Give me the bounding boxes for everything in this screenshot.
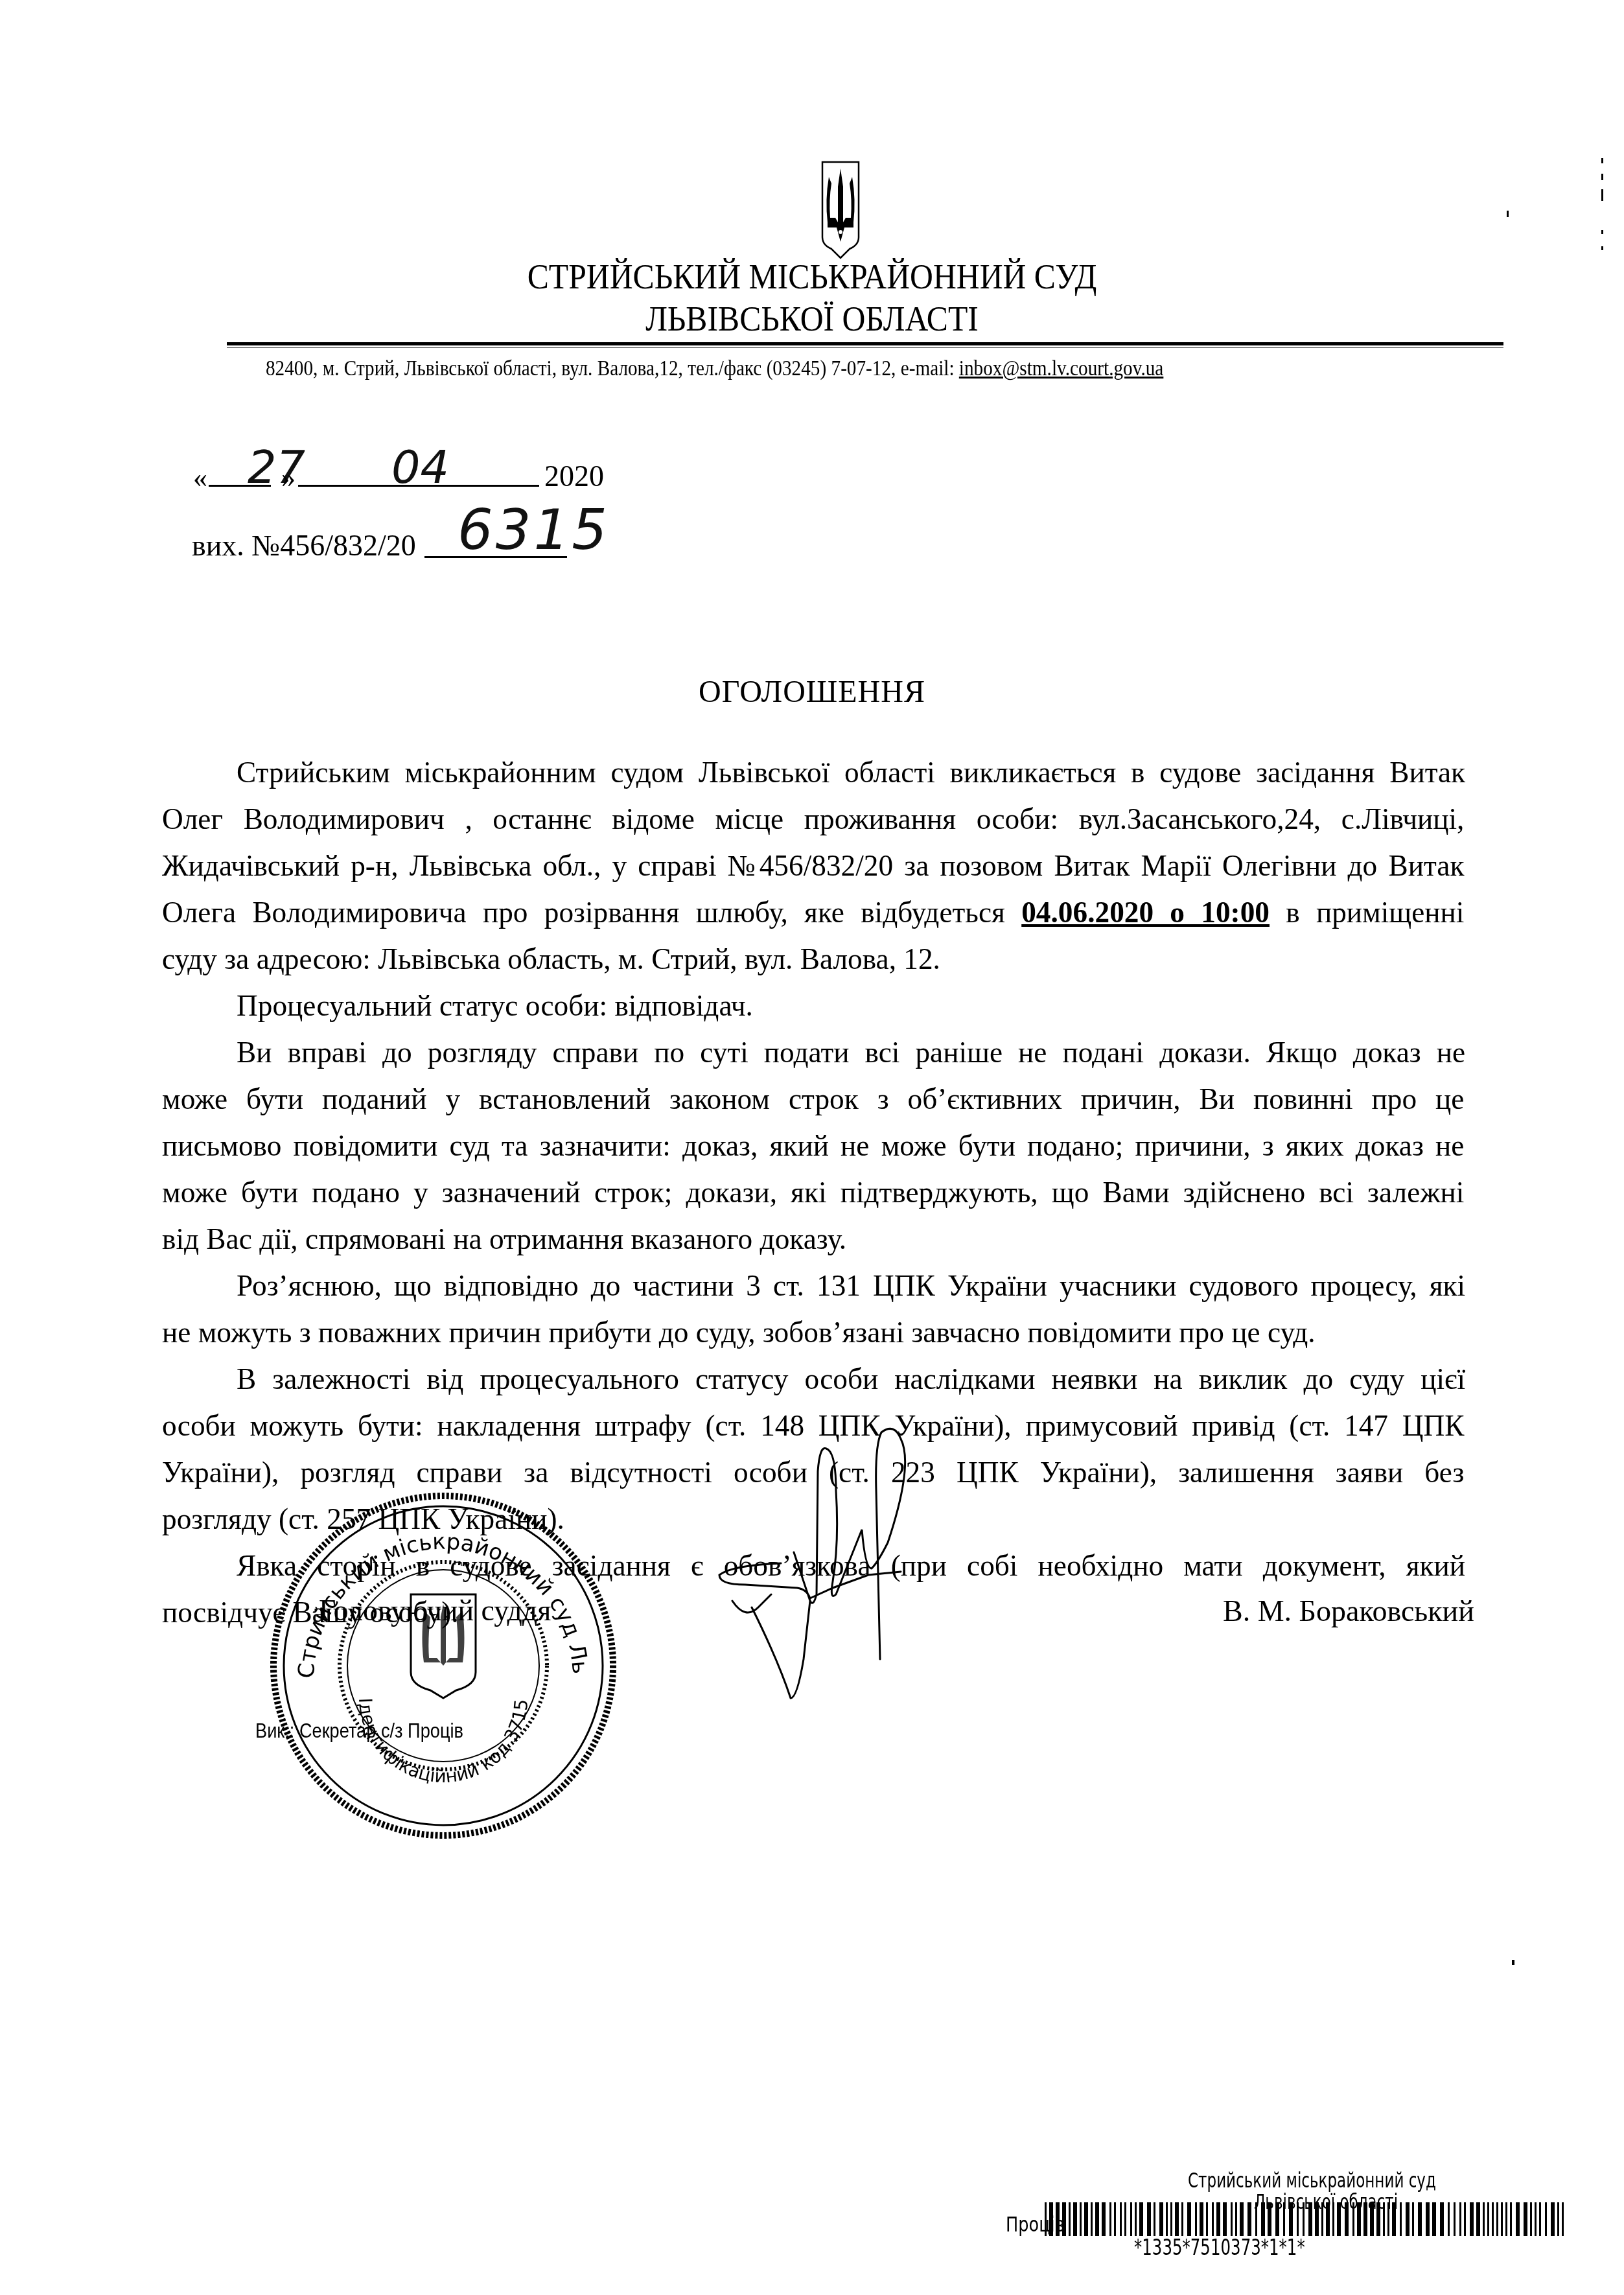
notice-line: Роз’яснюю, що відповідно до частини 3 ст… <box>237 1266 1465 1305</box>
notice-line: не можуть з поважних причин прибути до с… <box>162 1313 1464 1352</box>
trident-coat-of-arms-icon <box>821 161 860 259</box>
court-name-line-2: ЛЬВІВСЬКОЇ ОБЛАСТІ <box>65 299 1559 338</box>
notice-line: В залежності від процесуального статусу … <box>237 1360 1465 1399</box>
scan-speck <box>1601 230 1603 234</box>
court-name-line-1: СТРИЙСЬКИЙ МІСЬКРАЙОННИЙ СУД <box>65 257 1559 296</box>
address-text: 82400, м. Стрий, Львівської області, вул… <box>266 356 959 380</box>
header-divider-thin <box>227 347 1503 348</box>
handwritten-signature-icon <box>706 1413 979 1711</box>
header-divider <box>227 342 1503 345</box>
date-year: 2020 <box>544 459 604 493</box>
date-day-handwritten: 27 <box>248 441 305 494</box>
notice-line-text: Олега Володимировича про розірвання шлюб… <box>162 896 1021 929</box>
signer-role: Головуючий суддя <box>319 1593 551 1627</box>
date-close-quote: » <box>281 461 296 495</box>
court-address: 82400, м. Стрий, Львівської області, вул… <box>266 356 1163 381</box>
notice-line: Стрийським міськрайонним судом Львівсько… <box>237 753 1465 792</box>
notice-line: письмово повідомити суд та зазначити: до… <box>162 1126 1464 1165</box>
notice-line-hearing: Олега Володимировича про розірвання шлюб… <box>162 893 1464 932</box>
outgoing-number-handwritten: 6315 <box>458 498 610 563</box>
official-seal-icon: Стрийський міськрайонний суд Львівської … <box>262 1484 625 1847</box>
scan-speck <box>1512 1960 1514 1965</box>
scan-speck <box>1601 158 1603 163</box>
outgoing-number-label: вих. №456/832/20 <box>192 528 416 563</box>
secretary-note: Вик.: Секретар с/з Проців <box>255 1719 463 1743</box>
notice-line-text: в приміщенні <box>1270 896 1464 929</box>
scan-speck <box>1601 246 1603 250</box>
scan-speck <box>1507 211 1509 217</box>
date-open-quote: « <box>193 461 207 495</box>
notice-line: може бути подано у зазначений строк; док… <box>162 1173 1464 1212</box>
notice-line: Олег Володимирович , останнє відоме місц… <box>162 800 1464 839</box>
email-link[interactable]: inbox@stm.lv.court.gov.ua <box>959 356 1164 380</box>
notice-line: від Вас дії, спрямовані на отримання вка… <box>162 1220 1464 1259</box>
barcode-icon <box>1045 2202 1570 2236</box>
procedural-status: Процесуальний статус особи: відповідач. <box>237 986 1465 1025</box>
scan-speck <box>1601 174 1603 180</box>
notice-line: може бути поданий у встановлений законом… <box>162 1080 1464 1119</box>
notice-line: Ви вправі до розгляду справи по суті под… <box>237 1033 1465 1072</box>
date-month-handwritten: 04 <box>391 441 449 494</box>
signer-name: В. М. Бораковський <box>1223 1594 1474 1628</box>
notice-line: суду за адресою: Львівська область, м. С… <box>162 940 1464 979</box>
notice-title: ОГОЛОШЕННЯ <box>0 674 1624 710</box>
scan-speck <box>1601 189 1603 201</box>
barcode-text: *1335*7510373*1*1* <box>1134 2235 1305 2261</box>
hearing-datetime: 04.06.2020 о 10:00 <box>1021 896 1270 929</box>
notice-line: Жидачівський р-н, Львівська обл., у спра… <box>162 846 1464 885</box>
